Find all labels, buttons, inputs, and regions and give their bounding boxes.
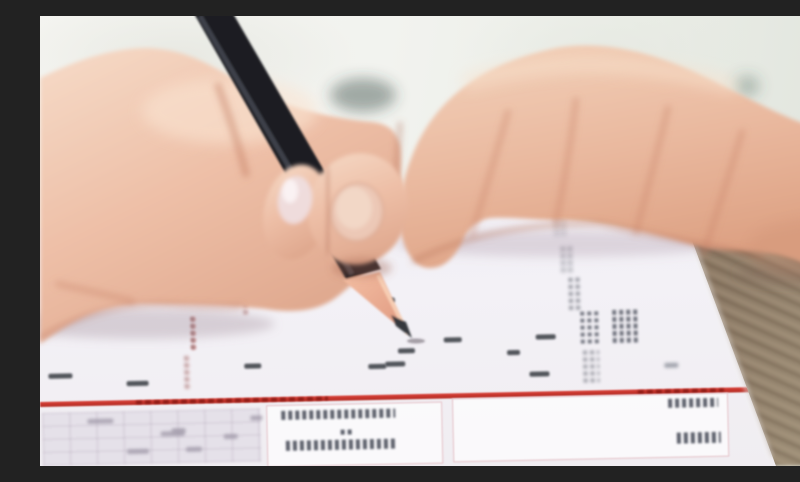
pencil-tip-shadow [407,339,425,344]
hands-and-pencil-layer [40,16,800,466]
photo-exam-answer-sheet [40,16,800,466]
